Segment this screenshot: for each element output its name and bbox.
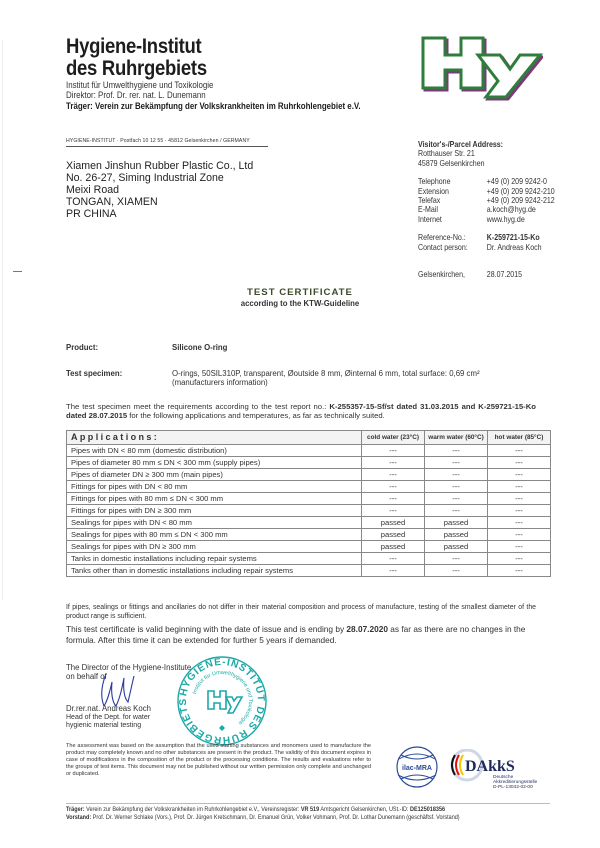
contact-telefax: Telefax+49 (0) 209 9242-212 bbox=[418, 196, 555, 205]
contact-internet: Internetwww.hyg.de bbox=[418, 215, 555, 224]
contact-person: Contact person:Dr. Andreas Koch bbox=[418, 243, 555, 252]
certificate-title: TEST CERTIFICATE bbox=[0, 287, 600, 298]
divider bbox=[66, 146, 268, 147]
visitor-heading: Visitor's-/Parcel Address: bbox=[418, 140, 555, 149]
applications-table: Applications: cold water (23°C) warm wat… bbox=[66, 430, 551, 577]
application-cell: Pipes of diameter DN ≥ 300 mm (main pipe… bbox=[67, 469, 362, 481]
result-cell: --- bbox=[362, 481, 425, 493]
recipient-line: PR CHINA bbox=[66, 208, 253, 220]
hy-logo-icon bbox=[418, 33, 543, 101]
application-cell: Pipes with DN < 80 mm (domestic distribu… bbox=[67, 445, 362, 457]
recipient-line: TONGAN, XIAMEN bbox=[66, 196, 253, 208]
institute-name-line1: Hygiene-Institut bbox=[66, 36, 207, 58]
result-cell: --- bbox=[425, 553, 488, 565]
table-header-row: Applications: cold water (23°C) warm wat… bbox=[67, 431, 551, 445]
recipient-line: Xiamen Jinshun Rubber Plastic Co., Ltd bbox=[66, 160, 253, 172]
header-hot-water: hot water (85°C) bbox=[488, 431, 551, 445]
visitor-street: Rotthauser Str. 21 bbox=[418, 149, 555, 158]
application-cell: Fittings for pipes with DN ≥ 300 mm bbox=[67, 505, 362, 517]
table-row: Fittings for pipes with 80 mm ≤ DN < 300… bbox=[67, 493, 551, 505]
table-row: Sealings for pipes with 80 mm ≤ DN < 300… bbox=[67, 529, 551, 541]
disclaimer-paragraph: The assessment was based on the assumpti… bbox=[66, 743, 371, 778]
result-cell: --- bbox=[488, 541, 551, 553]
application-cell: Tanks other than in domestic installatio… bbox=[67, 565, 362, 577]
application-cell: Fittings for pipes with DN < 80 mm bbox=[67, 481, 362, 493]
table-row: Sealings for pipes with DN ≥ 300 mmpasse… bbox=[67, 541, 551, 553]
contact-extension: Extension+49 (0) 209 9242-210 bbox=[418, 187, 555, 196]
result-cell: --- bbox=[488, 457, 551, 469]
validity-paragraph: This test certificate is valid beginning… bbox=[66, 624, 541, 645]
certificate-subtitle: according to the KTW-Guideline bbox=[0, 299, 600, 308]
visitor-city: 45879 Gelsenkirchen bbox=[418, 159, 555, 168]
recipient-address: Xiamen Jinshun Rubber Plastic Co., Ltd N… bbox=[66, 160, 253, 220]
signatory: Dr.rer.nat. Andreas Koch Head of the Dep… bbox=[66, 705, 151, 731]
application-cell: Pipes of diameter 80 mm ≤ DN < 300 mm (s… bbox=[67, 457, 362, 469]
footer: Träger: Verein zur Bekämpfung der Volksk… bbox=[66, 806, 460, 823]
recipient-line: No. 26-27, Siming Industrial Zone bbox=[66, 172, 253, 184]
table-row: Tanks other than in domestic installatio… bbox=[67, 565, 551, 577]
result-cell: passed bbox=[425, 517, 488, 529]
scan-edge bbox=[2, 40, 3, 600]
application-cell: Sealings for pipes with DN ≥ 300 mm bbox=[67, 541, 362, 553]
institute-name-line2: des Ruhrgebiets bbox=[66, 58, 207, 80]
table-row: Fittings for pipes with DN ≥ 300 mm-----… bbox=[67, 505, 551, 517]
footer-line2: Vorstand: Prof. Dr. Werner Schlake (Vors… bbox=[66, 814, 460, 822]
institute-name: Hygiene-Institut des Ruhrgebiets bbox=[66, 36, 207, 80]
fold-mark bbox=[13, 271, 22, 272]
website-link[interactable]: www.hyg.de bbox=[487, 215, 525, 224]
result-cell: --- bbox=[362, 505, 425, 517]
institute-department: Institut für Umwelthygiene und Toxikolog… bbox=[66, 80, 361, 90]
ilac-mra-logo-icon: ilac-MRA bbox=[395, 745, 439, 789]
note-paragraph: If pipes, sealings or fittings and ancil… bbox=[66, 604, 536, 621]
specimen-value: O-rings, 50SIL310P, transparent, Øoutsid… bbox=[172, 369, 480, 388]
application-cell: Sealings for pipes with DN < 80 mm bbox=[67, 517, 362, 529]
contact-telephone: Telephone+49 (0) 209 9242-0 bbox=[418, 177, 555, 186]
result-cell: --- bbox=[488, 529, 551, 541]
intro-paragraph: The test specimen meet the requirements … bbox=[66, 402, 536, 421]
result-cell: --- bbox=[488, 493, 551, 505]
application-cell: Tanks in domestic installations includin… bbox=[67, 553, 362, 565]
result-cell: --- bbox=[425, 481, 488, 493]
footer-line1: Träger: Verein zur Bekämpfung der Volksk… bbox=[66, 806, 460, 814]
result-cell: --- bbox=[488, 481, 551, 493]
result-cell: --- bbox=[362, 445, 425, 457]
result-cell: --- bbox=[362, 457, 425, 469]
result-cell: --- bbox=[488, 469, 551, 481]
result-cell: --- bbox=[362, 553, 425, 565]
contact-block: Visitor's-/Parcel Address: Rotthauser St… bbox=[418, 140, 555, 279]
institute-stamp-icon: HYGIENE-INSTITUT DES RUHRGEBIETS Institu… bbox=[176, 655, 268, 747]
recipient-line: Meixi Road bbox=[66, 184, 253, 196]
application-cell: Fittings for pipes with 80 mm ≤ DN < 300… bbox=[67, 493, 362, 505]
specimen-label: Test specimen: bbox=[66, 369, 122, 378]
result-cell: --- bbox=[425, 505, 488, 517]
header-applications: Applications: bbox=[67, 431, 362, 445]
result-cell: passed bbox=[425, 541, 488, 553]
table-row: Pipes of diameter DN ≥ 300 mm (main pipe… bbox=[67, 469, 551, 481]
table-row: Sealings for pipes with DN < 80 mmpassed… bbox=[67, 517, 551, 529]
result-cell: passed bbox=[362, 517, 425, 529]
result-cell: --- bbox=[425, 469, 488, 481]
result-cell: --- bbox=[488, 445, 551, 457]
product-value: Silicone O-ring bbox=[172, 343, 227, 352]
svg-text:D-PL-13042-02-00: D-PL-13042-02-00 bbox=[493, 784, 533, 789]
result-cell: --- bbox=[488, 553, 551, 565]
institute-subtitle: Institut für Umwelthygiene und Toxikolog… bbox=[66, 80, 361, 111]
dakks-logo-icon: DAkkS Deutsche Akkreditierungsstelle D-P… bbox=[443, 749, 563, 789]
header-warm-water: warm water (60°C) bbox=[425, 431, 488, 445]
product-label: Product: bbox=[66, 343, 98, 352]
table-row: Tanks in domestic installations includin… bbox=[67, 553, 551, 565]
table-row: Pipes with DN < 80 mm (domestic distribu… bbox=[67, 445, 551, 457]
result-cell: --- bbox=[425, 565, 488, 577]
reference-number: Reference-No.:K-259721-15-Ko bbox=[418, 233, 555, 242]
divider bbox=[66, 803, 550, 804]
result-cell: --- bbox=[362, 493, 425, 505]
svg-text:DAkkS: DAkkS bbox=[465, 758, 515, 775]
result-cell: --- bbox=[425, 493, 488, 505]
result-cell: passed bbox=[362, 529, 425, 541]
result-cell: passed bbox=[362, 541, 425, 553]
result-cell: --- bbox=[425, 445, 488, 457]
header-cold-water: cold water (23°C) bbox=[362, 431, 425, 445]
result-cell: --- bbox=[362, 565, 425, 577]
result-cell: --- bbox=[362, 469, 425, 481]
application-cell: Sealings for pipes with 80 mm ≤ DN < 300… bbox=[67, 529, 362, 541]
table-row: Pipes of diameter 80 mm ≤ DN < 300 mm (s… bbox=[67, 457, 551, 469]
ilac-text: ilac-MRA bbox=[402, 765, 432, 772]
issue-date: Gelsenkirchen,28.07.2015 bbox=[418, 270, 555, 279]
table-row: Fittings for pipes with DN < 80 mm------… bbox=[67, 481, 551, 493]
email-link[interactable]: a.koch@hyg.de bbox=[487, 205, 536, 214]
result-cell: --- bbox=[488, 565, 551, 577]
institute-director: Direktor: Prof. Dr. rer. nat. L. Duneman… bbox=[66, 90, 361, 100]
result-cell: passed bbox=[425, 529, 488, 541]
sender-return-address: HYGIENE-INSTITUT · Postfach 10 12 55 · 4… bbox=[66, 138, 250, 144]
result-cell: --- bbox=[488, 517, 551, 529]
result-cell: --- bbox=[488, 505, 551, 517]
institute-sponsor: Träger: Verein zur Bekämpfung der Volksk… bbox=[66, 101, 361, 111]
contact-email: E-Maila.koch@hyg.de bbox=[418, 205, 555, 214]
result-cell: --- bbox=[425, 457, 488, 469]
